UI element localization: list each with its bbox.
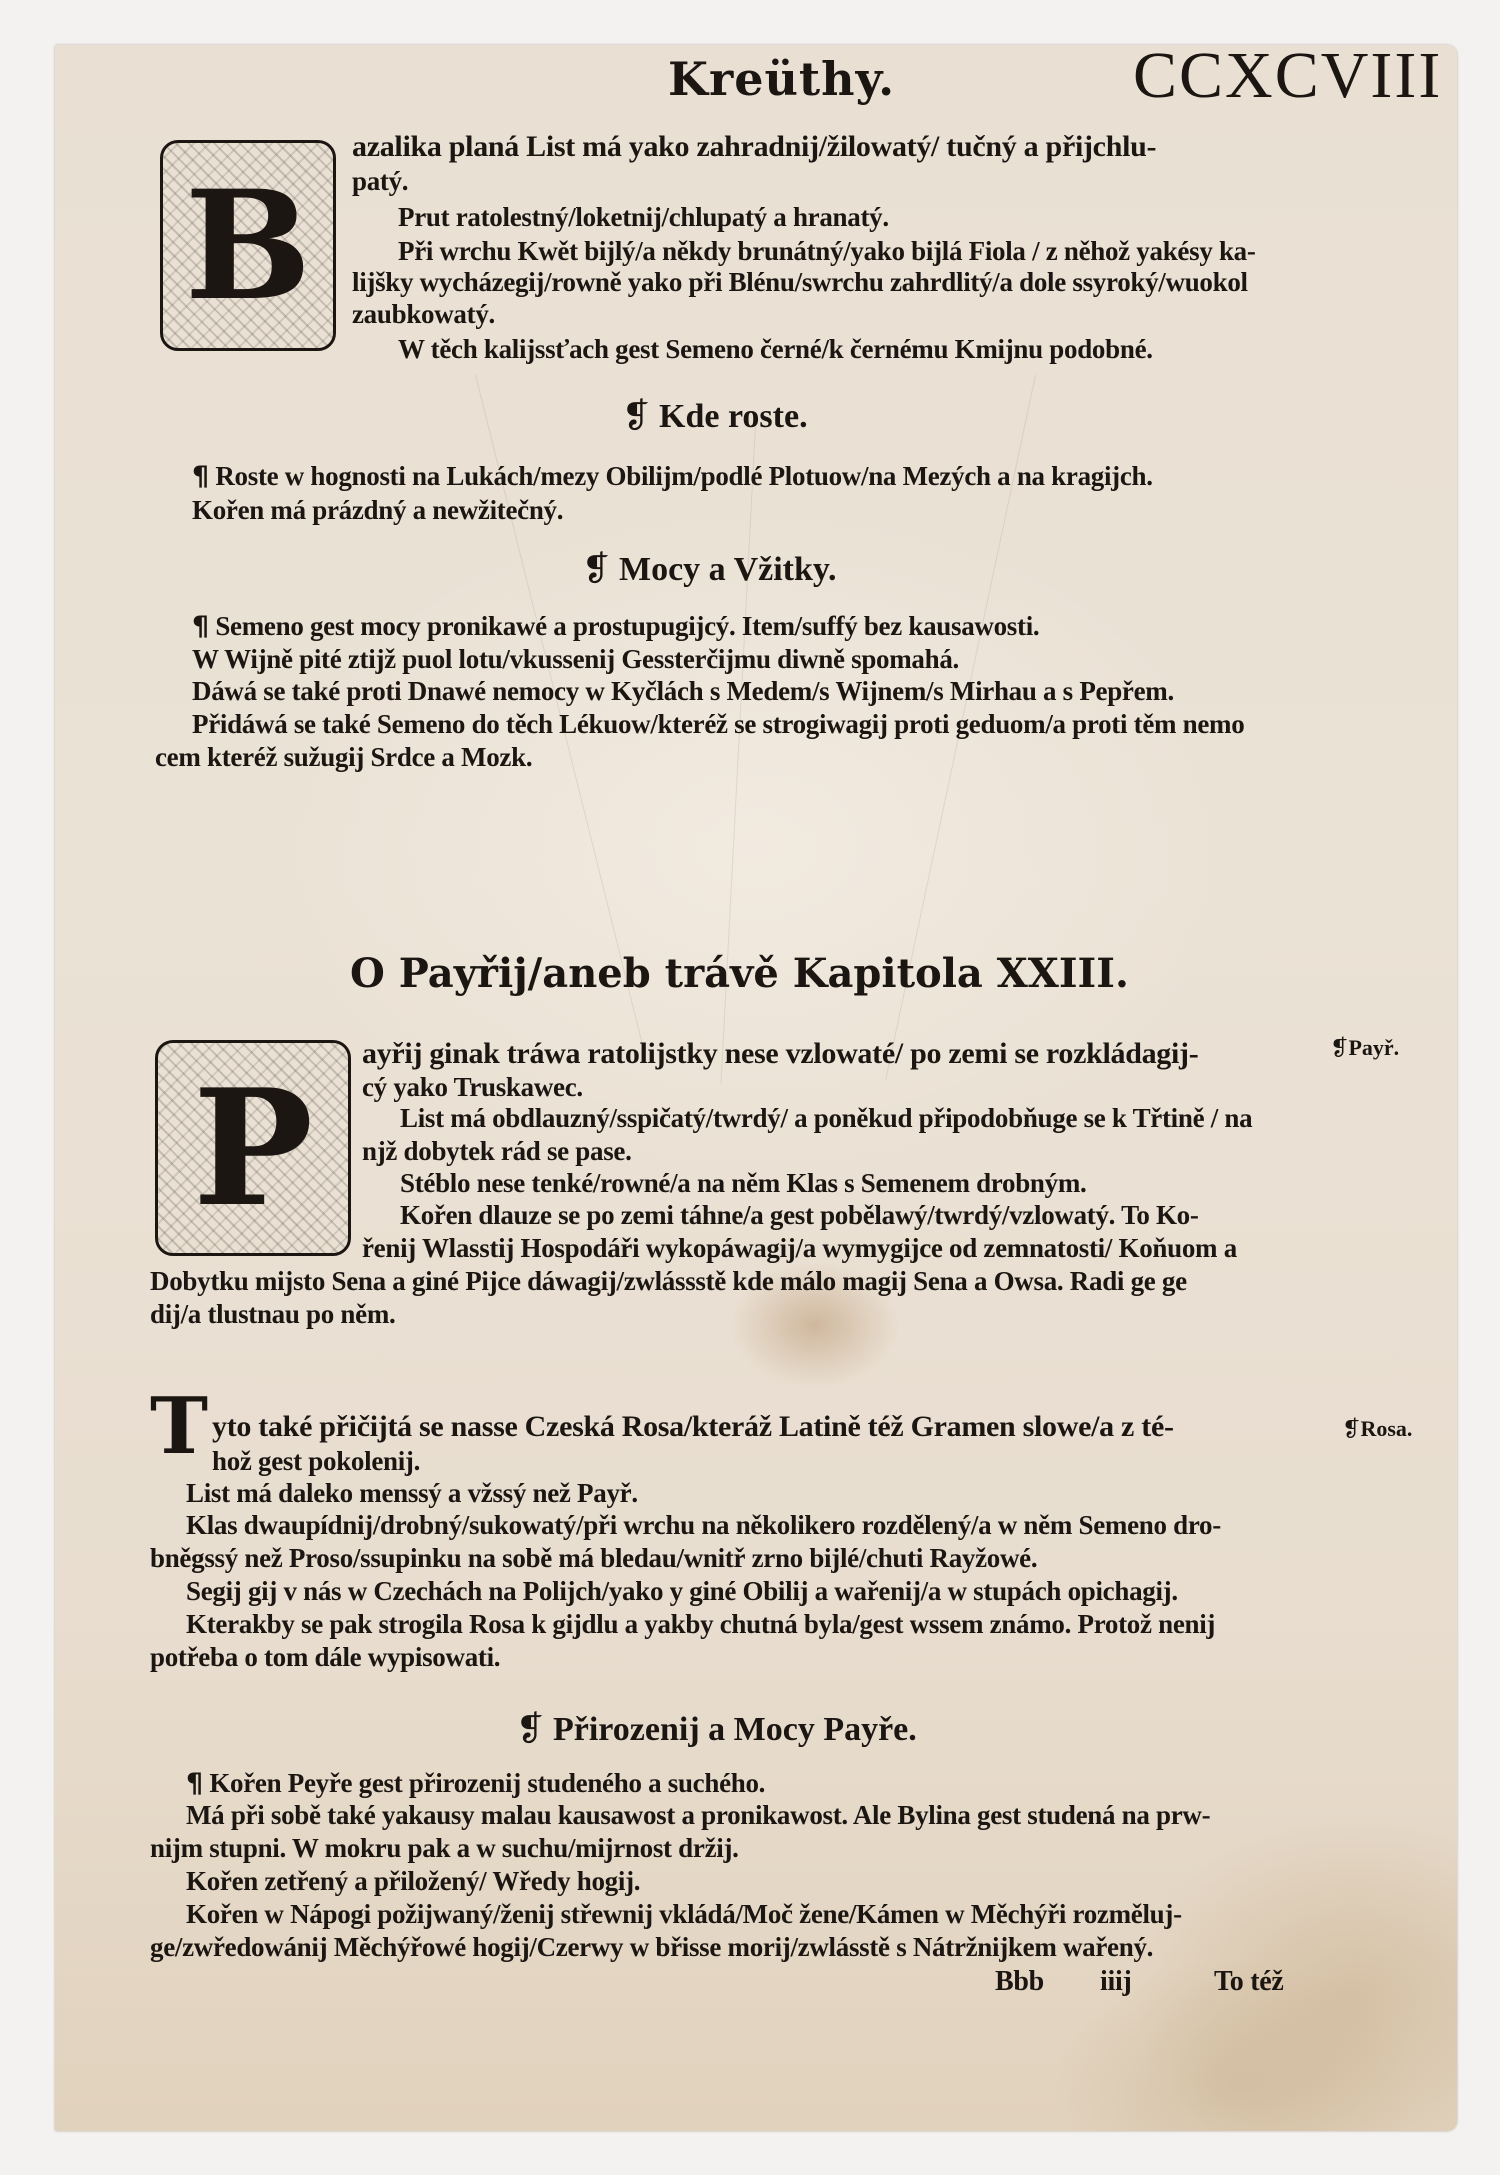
text-line: Dobytku mijsto Sena a giné Pijce dáwagij… bbox=[150, 1266, 1187, 1297]
signature-mark: Bbb bbox=[995, 1966, 1044, 1998]
text-line: řenij Wlasstij Hospodáři wykopáwagij/a w… bbox=[362, 1233, 1237, 1264]
text-line: Kořen má prázdný a newžitečný. bbox=[192, 495, 563, 526]
text-line: njž dobytek rád se pase. bbox=[362, 1136, 632, 1167]
text-line: ayřij ginak tráwa ratolijstky nese vzlow… bbox=[362, 1037, 1198, 1071]
subheading-where-grows: ❡ Kde roste. bbox=[622, 396, 808, 436]
text-line: cem kteréž sužugij Srdce a Mozk. bbox=[155, 742, 532, 773]
initial-t: T bbox=[150, 1388, 208, 1466]
text-line: Kořen w Nápogi požijwaný/ženij střewnij … bbox=[186, 1899, 1182, 1930]
text-line: Kterakby se pak strogila Rosa k gijdlu a… bbox=[186, 1609, 1215, 1640]
subheading-powers: ❡ Mocy a Vžitky. bbox=[582, 549, 837, 589]
heading-mark-icon: ❡ bbox=[1342, 1417, 1360, 1442]
line-text: Kořen Peyře gest přirozenij studeného a … bbox=[209, 1768, 765, 1798]
text-line: zaubkowatý. bbox=[352, 299, 495, 330]
heading-mark-icon: ❡ bbox=[622, 396, 651, 436]
heading-mark-icon: ❡ bbox=[516, 1709, 545, 1749]
margin-note-payr: ❡Payř. bbox=[1330, 1035, 1399, 1061]
text-line: yto také přičijtá se nasse Czeská Rosa/k… bbox=[212, 1410, 1174, 1444]
line-text: Roste w hognosti na Lukách/mezy Obilijm/… bbox=[215, 461, 1152, 491]
margin-note-text: Payř. bbox=[1348, 1035, 1399, 1060]
paragraph-mark-icon: ¶ bbox=[192, 611, 209, 642]
text-line: ¶ Semeno gest mocy pronikawé a prostupug… bbox=[192, 611, 1039, 642]
text-line: ¶ Kořen Peyře gest přirozenij studeného … bbox=[186, 1768, 765, 1799]
text-line: ¶ Roste w hognosti na Lukách/mezy Obilij… bbox=[192, 461, 1153, 492]
folio-number: CCXCVIII bbox=[1133, 38, 1442, 114]
chapter-title: O Payřij/aneb trávě Kapitola XXIII. bbox=[350, 950, 1129, 997]
text-line: potřeba o tom dále wypisowati. bbox=[150, 1642, 500, 1673]
text-line: cý yako Truskawec. bbox=[362, 1072, 583, 1103]
signature-number: iiij bbox=[1100, 1966, 1131, 1998]
running-head: Kreüthy. bbox=[668, 52, 895, 106]
initial-letter: P bbox=[193, 1054, 313, 1242]
text-line: Dáwá se také proti Dnawé nemocy w Kyčlác… bbox=[192, 676, 1174, 707]
text-line: azalika planá List má yako zahradnij/žil… bbox=[352, 130, 1156, 164]
heading-mark-icon: ❡ bbox=[582, 549, 611, 589]
text-line: Přidáwá se také Semeno do těch Lékuow/kt… bbox=[192, 709, 1244, 740]
text-line: W Wijně pité ztijž puol lotu/vkussenij G… bbox=[192, 644, 959, 675]
text-line: Má při sobě také yakausy malau kausawost… bbox=[186, 1800, 1210, 1831]
text-line: hož gest pokolenij. bbox=[212, 1446, 420, 1477]
text-line: bněgssý než Proso/ssupinku na sobě má bl… bbox=[150, 1543, 1037, 1574]
subheading-text: Mocy a Vžitky. bbox=[619, 551, 837, 588]
subheading-text: Kde roste. bbox=[659, 398, 808, 435]
text-line: Kořen zetřený a přiložený/ Wředy hogij. bbox=[186, 1866, 640, 1897]
text-line: Prut ratolestný/loketnij/chlupatý a hran… bbox=[398, 202, 889, 233]
text-line: Segij gij v nás w Czechách na Polijch/ya… bbox=[186, 1576, 1178, 1607]
line-text: Semeno gest mocy pronikawé a prostupugij… bbox=[215, 611, 1039, 641]
text-line: Klas dwaupídnij/drobný/sukowatý/při wrch… bbox=[186, 1510, 1221, 1541]
catchword: To též bbox=[1214, 1966, 1284, 1998]
text-line: Při wrchu Kwět bijlý/a někdy brunátný/ya… bbox=[398, 236, 1256, 267]
text-line: List má daleko menssý a vžssý než Payř. bbox=[186, 1478, 638, 1509]
text-line: patý. bbox=[352, 166, 408, 197]
margin-note-rosa: ❡Rosa. bbox=[1342, 1416, 1412, 1442]
subheading-text: Přirozenij a Mocy Payře. bbox=[553, 1711, 917, 1748]
text-line: Kořen dlauze se po zemi táhne/a gest pob… bbox=[400, 1200, 1199, 1231]
text-line: dij/a tlustnau po něm. bbox=[150, 1299, 395, 1330]
text-line: List má obdlauzný/sspičatý/twrdý/ a poně… bbox=[400, 1103, 1252, 1134]
text-line: Stéblo nese tenké/rowné/a na něm Klas s … bbox=[400, 1168, 1086, 1199]
text-line: nijm stupni. W mokru pak a w suchu/mijrn… bbox=[150, 1833, 739, 1864]
decorated-initial-p: P bbox=[155, 1040, 351, 1256]
paragraph-mark-icon: ¶ bbox=[192, 461, 209, 492]
heading-mark-icon: ❡ bbox=[1330, 1036, 1348, 1061]
subheading-nature: ❡ Přirozenij a Mocy Payře. bbox=[516, 1709, 917, 1749]
text-line: ge/zwředowánij Měchýřowé hogij/Czerwy w … bbox=[150, 1932, 1153, 1963]
paragraph-mark-icon: ¶ bbox=[186, 1768, 203, 1799]
text-line: lijšky wycházegij/rowně yako při Blénu/s… bbox=[352, 267, 1248, 298]
initial-letter: B bbox=[185, 158, 312, 334]
decorated-initial-b: B bbox=[160, 140, 336, 351]
margin-note-text: Rosa. bbox=[1360, 1416, 1412, 1441]
text-line: W těch kalijssťach gest Semeno černé/k č… bbox=[398, 334, 1153, 365]
